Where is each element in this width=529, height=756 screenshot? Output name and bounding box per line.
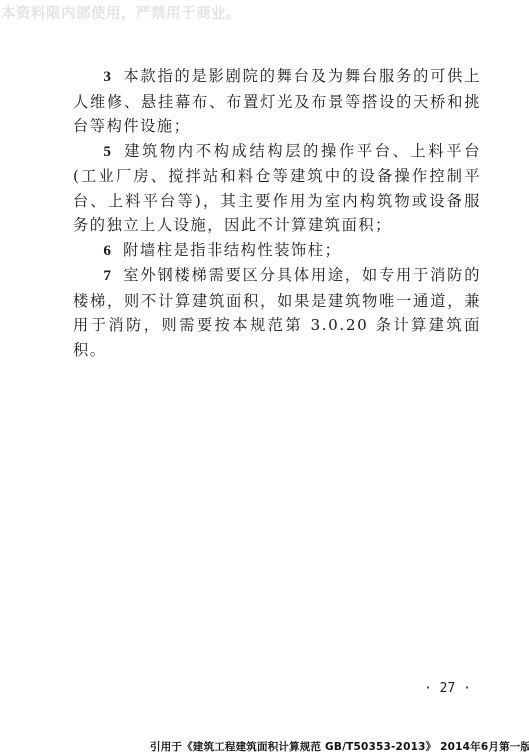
paragraph-text: 建筑物内不构成结构层的操作平台、上料平台(工业厂房、搅拌站和料仓等建筑中的设备操… — [73, 142, 481, 235]
paragraph-text: 本款指的是影剧院的舞台及为舞台服务的可供上人维修、悬挂幕布、布置灯光及布景等搭设… — [73, 67, 481, 135]
paragraph-item-6: 6附墙柱是指非结构性装饰柱； — [73, 238, 481, 264]
watermark-text: 本资料限内部使用，严禁用于商业。 — [1, 2, 241, 23]
citation-footer: 引用于《建筑工程建筑面积计算规范 GB/T50353-2013》 2014年6月… — [150, 739, 529, 754]
page-number: · 27 · — [424, 681, 471, 696]
item-number: 3 — [103, 68, 111, 85]
paragraph-item-7: 7室外钢楼梯需要区分具体用途，如专用于消防的楼梯，则不计算建筑面积，如果是建筑物… — [73, 263, 481, 362]
paragraph-text: 室外钢楼梯需要区分具体用途，如专用于消防的楼梯，则不计算建筑面积，如果是建筑物唯… — [73, 266, 481, 359]
paragraph-item-3: 3本款指的是影剧院的舞台及为舞台服务的可供上人维修、悬挂幕布、布置灯光及布景等搭… — [73, 64, 481, 139]
paragraph-item-5: 5建筑物内不构成结构层的操作平台、上料平台(工业厂房、搅拌站和料仓等建筑中的设备… — [73, 139, 481, 238]
paragraph-text: 附墙柱是指非结构性装饰柱； — [123, 241, 341, 259]
item-number: 5 — [103, 143, 111, 160]
item-number: 6 — [103, 242, 111, 259]
document-body: 3本款指的是影剧院的舞台及为舞台服务的可供上人维修、悬挂幕布、布置灯光及布景等搭… — [73, 64, 481, 362]
item-number: 7 — [103, 267, 111, 284]
